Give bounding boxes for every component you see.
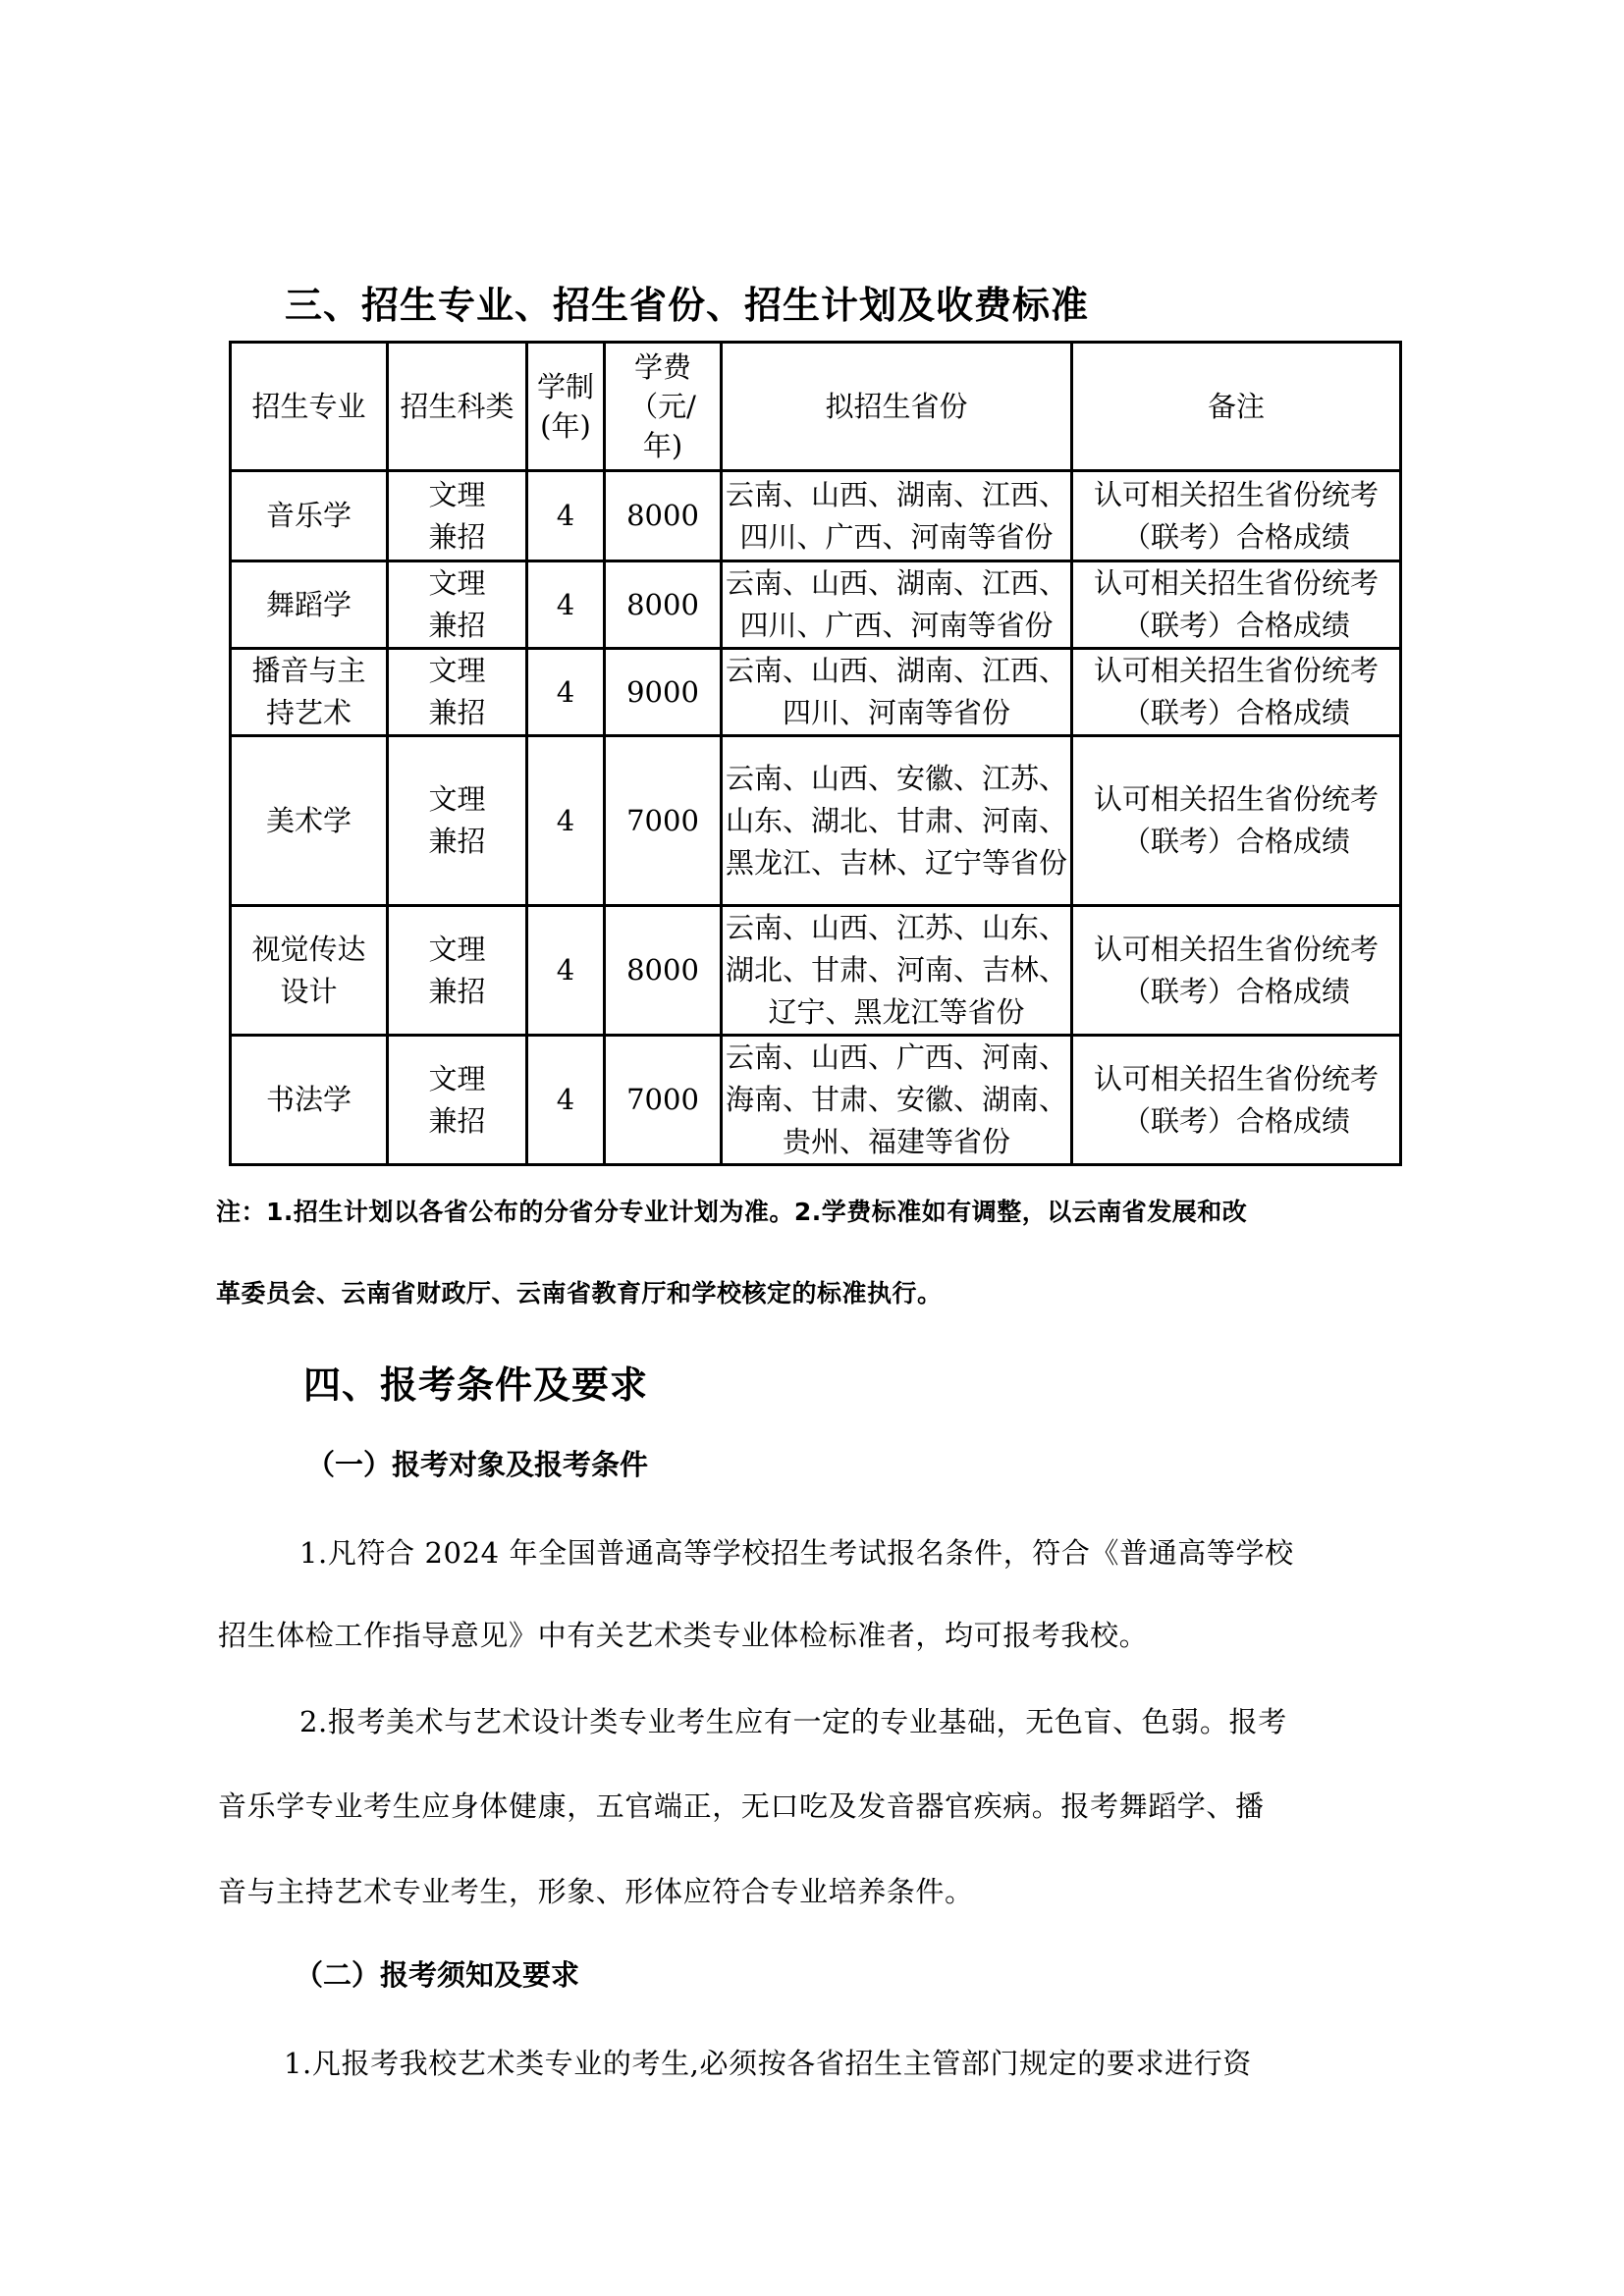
- cell-provinces: 云南、山西、湖南、江西、四川、广西、河南等省份: [722, 561, 1072, 649]
- cell-duration: 4: [527, 561, 605, 649]
- header-provinces: 拟招生省份: [722, 343, 1072, 471]
- cell-remark: 认可相关招生省份统考（联考）合格成绩: [1072, 471, 1401, 561]
- cell-fee: 8000: [605, 471, 722, 561]
- cell-provinces: 云南、山西、湖南、江西、四川、广西、河南等省份: [722, 471, 1072, 561]
- table-row: 视觉传达设计 文理兼招 4 8000 云南、山西、江苏、山东、湖北、甘肃、河南、…: [231, 906, 1401, 1036]
- table-row: 播音与主持艺术 文理兼招 4 9000 云南、山西、湖南、江西、四川、河南等省份…: [231, 649, 1401, 736]
- paragraph-2-line-3: 音与主持艺术专业考生，形象、形体应符合专业培养条件。: [218, 1870, 974, 1910]
- cell-major: 舞蹈学: [231, 561, 388, 649]
- table-row: 美术学 文理兼招 4 7000 云南、山西、安徽、江苏、山东、湖北、甘肃、河南、…: [231, 736, 1401, 906]
- cell-duration: 4: [527, 736, 605, 906]
- cell-category: 文理兼招: [388, 649, 527, 736]
- cell-remark: 认可相关招生省份统考（联考）合格成绩: [1072, 906, 1401, 1036]
- paragraph-2-line-2: 音乐学专业考生应身体健康，五官端正，无口吃及发音器官疾病。报考舞蹈学、播: [218, 1785, 1265, 1825]
- table-row: 音乐学 文理兼招 4 8000 云南、山西、湖南、江西、四川、广西、河南等省份 …: [231, 471, 1401, 561]
- cell-category: 文理兼招: [388, 906, 527, 1036]
- table-note-line-2: 革委员会、云南省财政厅、云南省教育厅和学校核定的标准执行。: [216, 1274, 943, 1309]
- cell-fee: 8000: [605, 561, 722, 649]
- cell-category: 文理兼招: [388, 561, 527, 649]
- table-header-row: 招生专业 招生科类 学制(年) 学费（元/年) 拟招生省份 备注: [231, 343, 1401, 471]
- cell-duration: 4: [527, 649, 605, 736]
- cell-fee: 7000: [605, 1036, 722, 1165]
- cell-major: 音乐学: [231, 471, 388, 561]
- table-row: 舞蹈学 文理兼招 4 8000 云南、山西、湖南、江西、四川、广西、河南等省份 …: [231, 561, 1401, 649]
- cell-category: 文理兼招: [388, 471, 527, 561]
- header-fee: 学费（元/年): [605, 343, 722, 471]
- cell-fee: 8000: [605, 906, 722, 1036]
- header-category: 招生科类: [388, 343, 527, 471]
- cell-provinces: 云南、山西、广西、河南、海南、甘肃、安徽、湖南、贵州、福建等省份: [722, 1036, 1072, 1165]
- cell-remark: 认可相关招生省份统考（联考）合格成绩: [1072, 736, 1401, 906]
- paragraph-2-line-1: 2.报考美术与艺术设计类专业考生应有一定的专业基础，无色盲、色弱。报考: [299, 1700, 1287, 1740]
- cell-duration: 4: [527, 471, 605, 561]
- subsection-2-heading: （二）报考须知及要求: [295, 1953, 579, 1994]
- cell-major: 播音与主持艺术: [231, 649, 388, 736]
- header-remark: 备注: [1072, 343, 1401, 471]
- enrollment-plan-table: 招生专业 招生科类 学制(年) 学费（元/年) 拟招生省份 备注 音乐学 文理兼…: [229, 341, 1402, 1166]
- cell-fee: 9000: [605, 649, 722, 736]
- header-major: 招生专业: [231, 343, 388, 471]
- section-3-heading: 三、招生专业、招生省份、招生计划及收费标准: [285, 275, 1089, 329]
- cell-fee: 7000: [605, 736, 722, 906]
- cell-major: 书法学: [231, 1036, 388, 1165]
- cell-remark: 认可相关招生省份统考（联考）合格成绩: [1072, 561, 1401, 649]
- paragraph-1-line-2: 招生体检工作指导意见》中有关艺术类专业体检标准者，均可报考我校。: [218, 1614, 1148, 1654]
- cell-provinces: 云南、山西、江苏、山东、湖北、甘肃、河南、吉林、辽宁、黑龙江等省份: [722, 906, 1072, 1036]
- cell-duration: 4: [527, 1036, 605, 1165]
- cell-remark: 认可相关招生省份统考（联考）合格成绩: [1072, 649, 1401, 736]
- table-row: 书法学 文理兼招 4 7000 云南、山西、广西、河南、海南、甘肃、安徽、湖南、…: [231, 1036, 1401, 1165]
- header-duration: 学制(年): [527, 343, 605, 471]
- subsection-1-heading: （一）报考对象及报考条件: [306, 1443, 648, 1483]
- paragraph-3-line-1: 1.凡报考我校艺术类专业的考生,必须按各省招生主管部门规定的要求进行资: [284, 2042, 1252, 2082]
- cell-major: 美术学: [231, 736, 388, 906]
- paragraph-1-line-1: 1.凡符合 2024 年全国普通高等学校招生考试报名条件，符合《普通高等学校: [299, 1531, 1294, 1572]
- cell-category: 文理兼招: [388, 736, 527, 906]
- section-4-heading: 四、报考条件及要求: [303, 1355, 648, 1409]
- table-note-line-1: 注：1.招生计划以各省公布的分省分专业计划为准。2.学费标准如有调整，以云南省发…: [216, 1193, 1247, 1228]
- cell-provinces: 云南、山西、安徽、江苏、山东、湖北、甘肃、河南、黑龙江、吉林、辽宁等省份: [722, 736, 1072, 906]
- cell-major: 视觉传达设计: [231, 906, 388, 1036]
- cell-remark: 认可相关招生省份统考（联考）合格成绩: [1072, 1036, 1401, 1165]
- cell-provinces: 云南、山西、湖南、江西、四川、河南等省份: [722, 649, 1072, 736]
- cell-duration: 4: [527, 906, 605, 1036]
- cell-category: 文理兼招: [388, 1036, 527, 1165]
